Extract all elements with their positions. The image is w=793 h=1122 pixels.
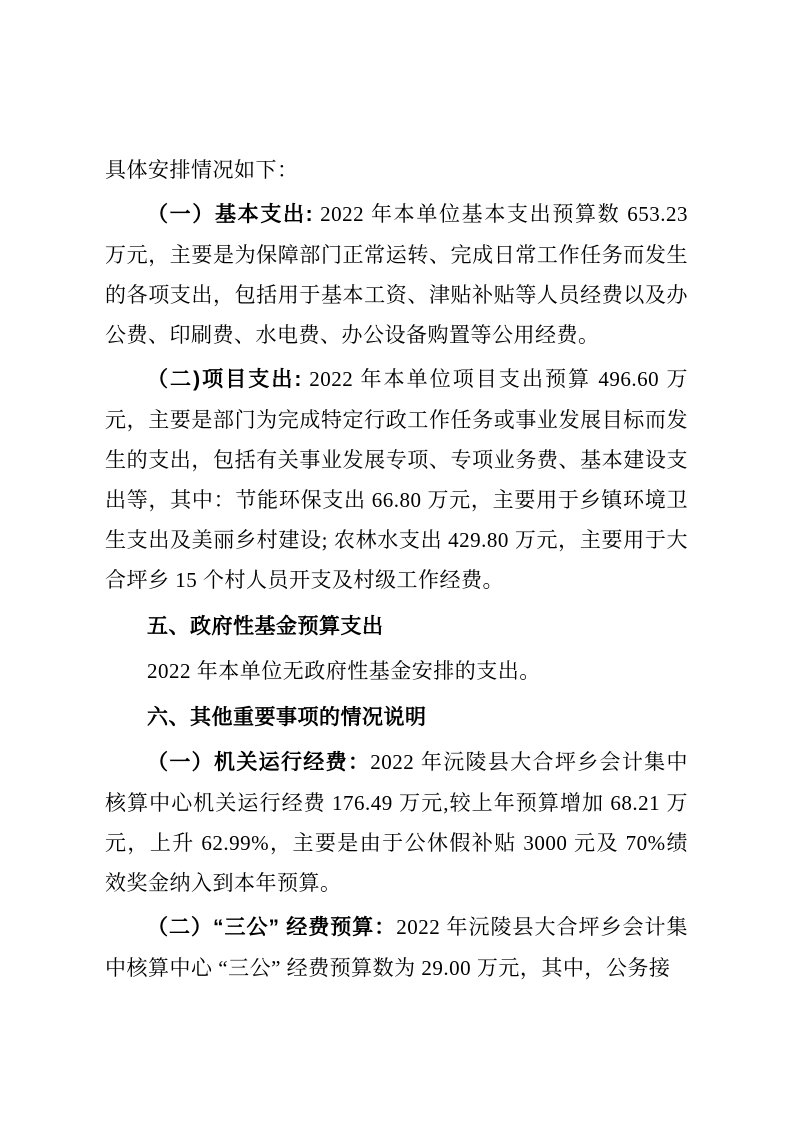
document-page: 具体安排情况如下：（一）基本支出: 2022 年本单位基本支出预算数 653.2…	[0, 0, 793, 1122]
bold-text-segment: （二）“三公” 经费预算：	[147, 916, 396, 939]
document-content: 具体安排情况如下：（一）基本支出: 2022 年本单位基本支出预算数 653.2…	[105, 150, 688, 988]
section-heading: 六、其他重要事项的情况说明	[105, 698, 688, 738]
bold-text-segment: （一）基本支出:	[147, 203, 313, 226]
text-segment: 具体安排情况如下：	[105, 158, 299, 182]
section-heading: 五、政府性基金预算支出	[105, 607, 688, 647]
bold-text-segment: 六、其他重要事项的情况说明	[147, 706, 427, 729]
bold-text-segment: 五、政府性基金预算支出	[147, 615, 384, 638]
bold-text-segment: （一）机关运行经费：	[147, 751, 370, 774]
text-segment: 2022 年本单位无政府性基金安排的支出。	[147, 659, 541, 683]
paragraph: 2022 年本单位无政府性基金安排的支出。	[105, 651, 688, 691]
text-segment: 2022 年本单位项目支出预算 496.60 万元，主要是部门为完成特定行政工作…	[105, 367, 688, 592]
paragraph: （二）“三公” 经费预算：2022 年沅陵县大合坪乡会计集中核算中心 “三公” …	[105, 907, 688, 988]
bold-text-segment: （二)项目支出:	[147, 368, 302, 391]
paragraph: （一）基本支出: 2022 年本单位基本支出预算数 653.23 万元，主要是为…	[105, 194, 688, 355]
paragraph: （一）机关运行经费：2022 年沅陵县大合坪乡会计集中核算中心机关运行经费 17…	[105, 742, 688, 903]
paragraph: （二)项目支出: 2022 年本单位项目支出预算 496.60 万元，主要是部门…	[105, 359, 688, 600]
paragraph: 具体安排情况如下：	[105, 150, 688, 190]
